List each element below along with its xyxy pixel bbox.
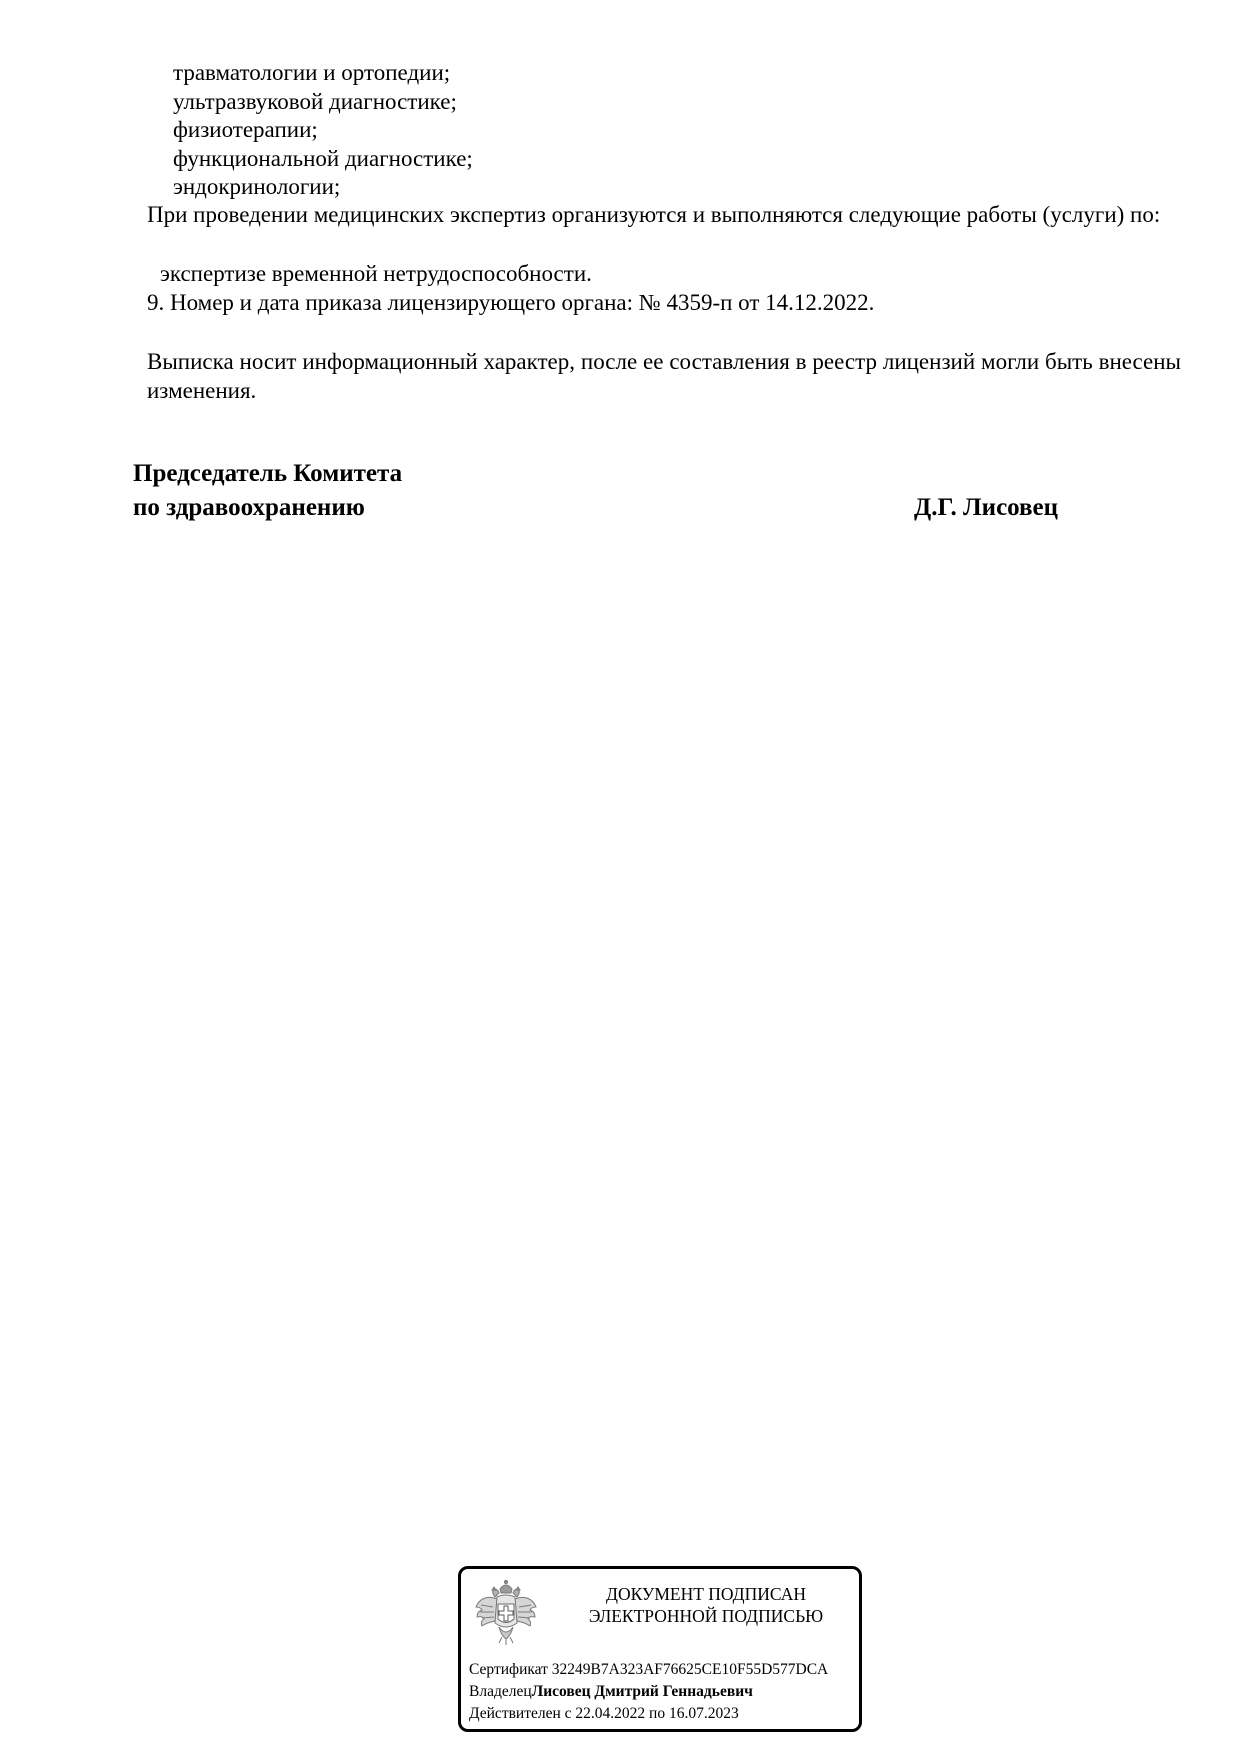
list-item: эндокринологии; (173, 172, 340, 201)
stamp-title: ДОКУМЕНТ ПОДПИСАН ЭЛЕКТРОННОЙ ПОДПИСЬЮ (556, 1583, 856, 1627)
stamp-title-line1: ДОКУМЕНТ ПОДПИСАН (556, 1583, 856, 1605)
document-page: травматологии и ортопедии; ультразвуково… (0, 0, 1241, 1755)
disclaimer-paragraph: Выписка носит информационный характер, п… (147, 347, 1181, 405)
electronic-signature-stamp: ДОКУМЕНТ ПОДПИСАН ЭЛЕКТРОННОЙ ПОДПИСЬЮ С… (458, 1566, 862, 1732)
validity-row: Действителен с 22.04.2022 по 16.07.2023 (469, 1703, 739, 1725)
owner-value: Лисовец Дмитрий Геннадьевич (532, 1683, 753, 1700)
valid-label: Действителен с (469, 1705, 572, 1722)
valid-from: 22.04.2022 (575, 1705, 645, 1722)
certificate-label: Сертификат (469, 1661, 548, 1678)
stamp-title-line2: ЭЛЕКТРОННОЙ ПОДПИСЬЮ (556, 1605, 856, 1627)
certificate-row: Сертификат 32249B7A323AF76625CE10F55D577… (469, 1659, 861, 1681)
signatory-position-line1: Председатель Комитета (133, 457, 402, 491)
signatory-position-line2: по здравоохранению (133, 491, 365, 525)
expertise-intro-paragraph: При проведении медицинских экспертиз орг… (147, 200, 1181, 229)
expertise-item: экспертизе временной нетрудоспособности. (160, 259, 592, 288)
list-item: травматологии и ортопедии; (173, 58, 450, 87)
order-number-line: 9. Номер и дата приказа лицензирующего о… (147, 288, 874, 317)
valid-to: 16.07.2023 (669, 1705, 739, 1722)
certificate-value: 32249B7A323AF76625CE10F55D577DCA (552, 1661, 828, 1678)
list-item: функциональной диагностике; (173, 144, 473, 173)
signatory-name: Д.Г. Лисовец (914, 491, 1058, 525)
owner-label: Владелец (469, 1683, 532, 1700)
list-item: ультразвуковой диагностике; (173, 87, 457, 116)
valid-to-label: по (649, 1705, 665, 1722)
owner-row: ВладелецЛисовец Дмитрий Геннадьевич (469, 1681, 753, 1703)
coat-of-arms-emblem-icon (473, 1577, 539, 1649)
list-item: физиотерапии; (173, 115, 318, 144)
